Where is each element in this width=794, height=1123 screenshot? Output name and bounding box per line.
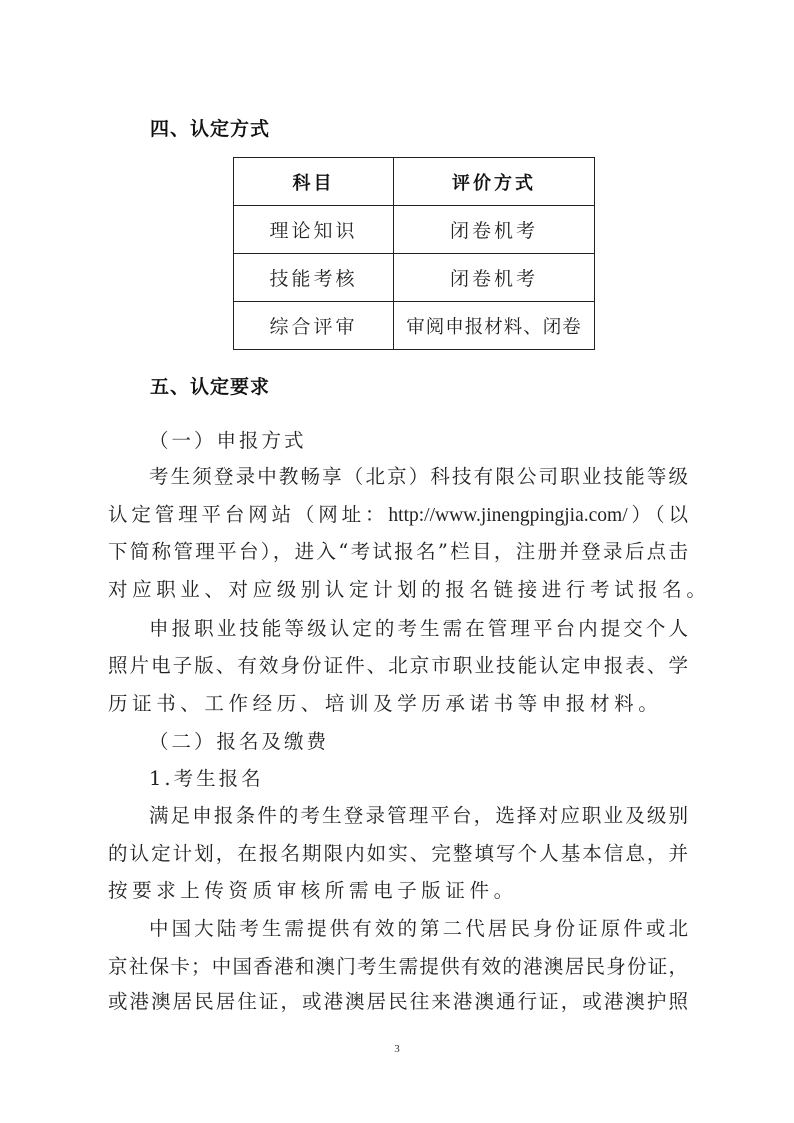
- table-cell-method: 闭卷机考: [394, 206, 595, 254]
- section-heading-certification-method: 四、认定方式: [150, 117, 270, 141]
- paragraph-text: 认定管理平台网站（网址：: [108, 503, 388, 526]
- subsection-title-application-method: （一）申报方式: [149, 428, 449, 454]
- table-cell-subject: 理论知识: [234, 206, 394, 254]
- table-header-subject: 科目: [234, 158, 394, 206]
- paragraph-line: 下简称管理平台），进入“考试报名”栏目，注册并登录后点击: [108, 539, 688, 565]
- page-number: 3: [0, 1043, 794, 1055]
- paragraph-line: 的认定计划，在报名期限内如实、完整填写个人基本信息，并: [108, 841, 688, 867]
- paragraph-line: 申报职业技能等级认定的考生需在管理平台内提交个人: [149, 616, 688, 642]
- table-row: 理论知识 闭卷机考: [234, 206, 595, 254]
- item-title-candidate-registration: 1.考生报名: [149, 766, 449, 792]
- paragraph-line: 或港澳居民居住证，或港澳居民往来港澳通行证，或港澳护照: [108, 989, 688, 1015]
- table-cell-subject: 技能考核: [234, 254, 394, 302]
- paragraph-line: 认定管理平台网站（网址：http://www.jinengpingjia.com…: [108, 502, 688, 528]
- table-header-evaluation-method: 评价方式: [394, 158, 595, 206]
- paragraph-line: 考生须登录中教畅享（北京）科技有限公司职业技能等级: [149, 464, 688, 490]
- paragraph-line: 对应职业、对应级别认定计划的报名链接进行考试报名。: [108, 577, 688, 603]
- table-cell-subject: 综合评审: [234, 302, 394, 350]
- subsection-title-registration-payment: （二）报名及缴费: [149, 729, 449, 755]
- section-heading-certification-requirements: 五、认定要求: [150, 375, 270, 399]
- table-cell-method: 闭卷机考: [394, 254, 595, 302]
- paragraph-line: 按要求上传资质审核所需电子版证件。: [108, 878, 688, 904]
- paragraph-line: 历证书、工作经历、培训及学历承诺书等申报材料。: [108, 691, 688, 717]
- document-page: 四、认定方式 科目 评价方式 理论知识 闭卷机考 技能考核 闭卷机考 综合评审 …: [0, 0, 794, 1123]
- platform-url-link[interactable]: http://www.jinengpingjia.com/: [388, 505, 627, 526]
- table-header-row: 科目 评价方式: [234, 158, 595, 206]
- table-row: 综合评审 审阅申报材料、闭卷: [234, 302, 595, 350]
- paragraph-text: ）（以: [628, 503, 688, 526]
- paragraph-line: 照片电子版、有效身份证件、北京市职业技能认定申报表、学: [108, 653, 688, 679]
- table-row: 技能考核 闭卷机考: [234, 254, 595, 302]
- paragraph-line: 满足申报条件的考生登录管理平台，选择对应职业及级别: [149, 803, 688, 829]
- table-cell-method: 审阅申报材料、闭卷: [394, 302, 595, 350]
- certification-method-table: 科目 评价方式 理论知识 闭卷机考 技能考核 闭卷机考 综合评审 审阅申报材料、…: [233, 157, 595, 350]
- paragraph-line: 中国大陆考生需提供有效的第二代居民身份证原件或北: [149, 916, 688, 942]
- paragraph-line: 京社保卡；中国香港和澳门考生需提供有效的港澳居民身份证，: [108, 954, 688, 980]
